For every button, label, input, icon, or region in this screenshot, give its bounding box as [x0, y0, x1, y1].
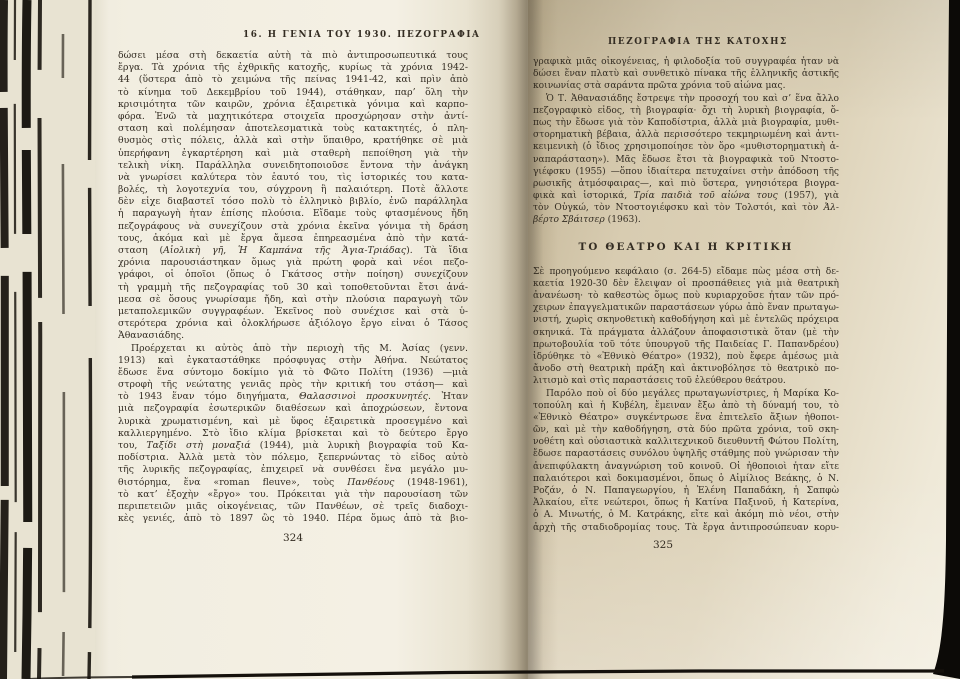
- left-page-text-column: δώσει μέσα στὴ δεκαετία αὐτὴ τὰ πιὸ ἀντι…: [118, 50, 468, 525]
- text-line: ρωσικῆς ἀτμόσφαιρας—, καὶ πιὸ ὕστερα, γν…: [533, 178, 839, 190]
- text-line: Προέρχεται κι αὐτὸς ἀπὸ τὴν περιοχὴ τῆς …: [118, 343, 468, 355]
- text-line: τὸ κατ’ ἐξοχὴν «ἔργο» του. Πρόκειται γιὰ…: [118, 489, 468, 501]
- text-line: λυρικὰ χρωματισμένη, καὶ μὲ ὕφος ἐξαιρετ…: [118, 416, 468, 428]
- text-line: ἄνοδο στὴ θεατρικὴ πράξη καὶ ἀκτινοβόλησ…: [533, 363, 839, 375]
- open-book-photo: 16. Η ΓΕΝΙΑ ΤΟΥ 1930. ΠΕΖΟΓΡΑΦΙΑ δώσει μ…: [0, 0, 960, 679]
- text-line: τελικὴ νίκη. Παράλληλα συνειδητοποιοῦσε …: [118, 160, 468, 172]
- text-line: βολές, τὴ λογοτεχνία του, σύγχρονη ἢ παλ…: [118, 184, 468, 196]
- text-line: πρωτοβουλία τοῦ τότε ὑπουργοῦ τῆς Παιδεί…: [533, 339, 839, 351]
- text-line: ἔργα. Τὰ χρόνια τῆς ἐχθρικῆς κατοχῆς, κυ…: [118, 62, 468, 74]
- left-page: 16. Η ΓΕΝΙΑ ΤΟΥ 1930. ΠΕΖΟΓΡΑΦΙΑ δώσει μ…: [95, 0, 528, 679]
- text-line: σταση καὶ πολέμησαν ἀποτελεσματικὰ τοὺς …: [118, 123, 468, 135]
- text-line: ὑπερήφανη ἐγκαρτέρηση καὶ μιὰ σταθερὴ πε…: [118, 148, 468, 160]
- text-line: ῶν, καὶ μὲ τὴν καθοδήγηση, στὰ δύο πρῶτα…: [533, 424, 839, 436]
- right-page: ΠΕΖΟΓΡΑΦΙΑ ΤΗΣ ΚΑΤΟΧΗΣ γραφικὰ μιᾶς οἰκο…: [528, 0, 950, 679]
- text-line: δώσει ἕναν πλατὺ καὶ συνθετικὸ πίνακα τῆ…: [533, 68, 839, 80]
- text-line: βέρτο Σβάιτσερ (1963).: [533, 214, 839, 226]
- text-line: χρόνια παρουσιάστηκαν ὅμως γιὰ πρώτη φορ…: [118, 257, 468, 269]
- text-line: κὲς γενιές, ἀπὸ τὸ 1897 ὣς τὸ 1940. Πέρα…: [118, 513, 468, 525]
- text-line: τὸ 1943 ἕναν τόμο διηγήματα, Θαλασσινοὶ …: [118, 391, 468, 403]
- text-line: Παρόλο ποὺ οἱ δύο μεγάλες πρωταγωνίστριε…: [533, 388, 839, 400]
- text-line: Σὲ προηγούμενο κεφάλαιο (σ. 264-5) εἴδαμ…: [533, 266, 839, 278]
- text-line: Ροζάν, ὁ Ν. Παπαγεωργίου, ἡ Ἑλένη Παπαδά…: [533, 485, 839, 497]
- text-line: ἡ παραγωγὴ ἦταν ἐπίσης πλούσια. Εἴδαμε τ…: [118, 208, 468, 220]
- text-line: πεζογράφους νὰ συνεχίζουν στὰ χρόνια ἐκε…: [118, 221, 468, 233]
- text-line: στορηματικὴ βέβαια, ἀλλὰ περισσότερο τεκ…: [533, 129, 839, 141]
- text-line: κοινωνίας στὰ σαράντα πρῶτα χρόνια τοῦ α…: [533, 80, 839, 92]
- page-number-left: 324: [118, 532, 468, 544]
- text-line: κρισιμότητα τῶν καιρῶν, χρόνια ἐξαιρετικ…: [118, 99, 468, 111]
- text-line: του, Ταξίδι στὴ μοναξιά (1944), μιὰ λυρι…: [118, 440, 468, 452]
- text-line: χειρων ἐπαγγελματικῶν παραστάσεων γύρω ἀ…: [533, 302, 839, 314]
- text-line: δὲν εἶχε διαβαστεῖ τόσο πολὺ τὸ ἑλληνικὸ…: [118, 196, 468, 208]
- text-line: γραφικὰ μιᾶς οἰκογένειας, ἡ φιλοδοξία το…: [533, 56, 839, 68]
- text-line: τοπούλη καὶ ἡ Κυβέλη, ἔμειναν ἔξω ἀπὸ τὴ…: [533, 400, 839, 412]
- text-line: στροφὴ τῆς νεώτατης γενιᾶς πρὸς τὴν κριτ…: [118, 379, 468, 391]
- text-line: παλαιότεροι καὶ δοκιμασμένοι, ὅπως ὁ Αἰμ…: [533, 473, 839, 485]
- text-line: Ἀλκαίου, εἴτε νεώτεροι, ὅπως ἡ Κατίνα Πα…: [533, 497, 839, 509]
- text-line: ποδίστρια. Ἀλλὰ μετὰ τὸν πόλεμο, ξεπερνώ…: [118, 452, 468, 464]
- page-number-right: 325: [510, 539, 816, 551]
- text-line: νὰ γνωρίσει καλύτερα τὸν ἑαυτό του, τὶς …: [118, 172, 468, 184]
- text-line: τὴ γραμμὴ τῆς πεζογραφίας τοῦ 30 καὶ τοπ…: [118, 282, 468, 294]
- text-line: πως τὴν ἔδωσε γιὰ τὸν Καποδίστρια, ἀλλὰ …: [533, 117, 839, 129]
- right-page-text-column: γραφικὰ μιᾶς οἰκογένειας, ἡ φιλοδοξία το…: [533, 56, 839, 534]
- text-line: ναπαράσταση»). Μᾶς ἔδωσε ἔτσι τὰ βιογραφ…: [533, 154, 839, 166]
- text-line: τὸ κίνημα τοῦ Δεκεμβρίου τοῦ 1944), στάθ…: [118, 87, 468, 99]
- text-line: περιπετειῶν μιᾶς οἰκογένειας, τῶν Πανθέω…: [118, 501, 468, 513]
- text-line: καλλιεργημένο. Στὸ ἴδιο κλίμα βρίσκεται …: [118, 428, 468, 440]
- text-line: Ὁ Τ. Ἀθανασιάδης ἔστρεψε τὴν προσοχή του…: [533, 93, 839, 105]
- text-line: θιστόρημα, ἕνα «roman fleuve», τοὺς Πανθ…: [118, 477, 468, 489]
- right-page-paragraph-block-1: γραφικὰ μιᾶς οἰκογένειας, ἡ φιλοδοξία το…: [533, 56, 839, 227]
- text-line: μεταπολεμικῶν συγγραφέων. Ἐκεῖνος ποὺ συ…: [118, 306, 468, 318]
- text-line: ἔδωσε παραστάσεις συνόλου ὑψηλῆς στάθμης…: [533, 448, 839, 460]
- text-line: μεσα σὲ ὅσους γνωρίσαμε ἤδη, καὶ στὴν πλ…: [118, 294, 468, 306]
- text-line: τους, ἀκόμα καὶ μὲ ἔργα ἄμεσα ἐπηρεασμέν…: [118, 233, 468, 245]
- text-line: στερότερα χρόνια καὶ ὁλοκλήρωσε ἀξιόλογο…: [118, 318, 468, 330]
- text-line: 1913) καὶ ἐγκαταστάθηκε πρόσφυγας στὴν Ἀ…: [118, 355, 468, 367]
- text-line: ἀνανέωση· τὸ καθεστὼς ὅμως ποὺ κυριαρχοῦ…: [533, 290, 839, 302]
- text-line: φικὰ καὶ ἱστορικά, Τρία παιδιὰ τοῦ αἰώνα…: [533, 190, 839, 202]
- text-line: γιέφσκυ (1955) —ὅπου ἰδιαίτερα πετυχαίνε…: [533, 166, 839, 178]
- text-line: θυσμὸς στὶς πόλεις, ἀλλὰ καὶ στὴν ὕπαιθρ…: [118, 135, 468, 147]
- section-heading: ΤΟ ΘΕΑΤΡΟ ΚΑΙ Η ΚΡΙΤΙΚΗ: [533, 241, 839, 253]
- text-line: δώσει μέσα στὴ δεκαετία αὐτὴ τὰ πιὸ ἀντι…: [118, 50, 468, 62]
- text-line: φόρα. Ἐνῶ τὰ μαχητικότερα στοιχεῖα προσχ…: [118, 111, 468, 123]
- text-line: ἱδρύθηκε τὸ «Ἐθνικὸ Θέατρο» (1932), ποὺ …: [533, 351, 839, 363]
- text-line: τῆς λυρικῆς πεζογραφίας, ἐπιχειρεῖ νὰ συ…: [118, 464, 468, 476]
- text-line: καετία 1920-30 δὲν ἔλειψαν οἱ προσπάθειε…: [533, 278, 839, 290]
- text-line: ἀνεπιφύλακτη ἀναγνώριση τοῦ κοινοῦ. Οἱ ἠ…: [533, 461, 839, 473]
- text-line: σκηνικά. Τὰ πράγματα ἀλλάζουν ἀποφασιστι…: [533, 327, 839, 339]
- text-line: «Ἐθνικὸ Θέατρο» συγκέντρωσε ἕνα ἐπιτελεῖ…: [533, 412, 839, 424]
- text-line: μιὰ πεζογραφία ἐσωτερικῶν διαθέσεων καὶ …: [118, 403, 468, 415]
- right-page-paragraph-block-2: Σὲ προηγούμενο κεφάλαιο (σ. 264-5) εἴδαμ…: [533, 266, 839, 534]
- text-line: ἀρχὴ τῆς σταδιοδρομίας τους. Τὰ ἔργα ἀντ…: [533, 522, 839, 534]
- text-line: νοθέτη καὶ οὐσιαστικὰ καλλιτεχνικοῦ διευ…: [533, 436, 839, 448]
- text-line: κειμενικὴ (ὁ ἴδιος χρησιμοποίησε τὸν ὅρο…: [533, 141, 839, 153]
- text-line: σταση (Αἰολικὴ γῆ, Ἡ Καμπάνα τῆς Ἁγια-Τρ…: [118, 245, 468, 257]
- text-line: νιστή, χωρὶς σκηνοθετικὴ καθοδήγηση καὶ …: [533, 314, 839, 326]
- running-header-right: ΠΕΖΟΓΡΑΦΙΑ ΤΗΣ ΚΑΤΟΧΗΣ: [608, 37, 788, 47]
- text-line: 44 (ὕστερα ἀπὸ τὸ χειμώνα τῆς πείνας 194…: [118, 74, 468, 86]
- text-line: λιτισμὸ καὶ στὶς παραστάσεις τοῦ ἐλεύθερ…: [533, 375, 839, 387]
- running-header-left: 16. Η ΓΕΝΙΑ ΤΟΥ 1930. ΠΕΖΟΓΡΑΦΙΑ: [243, 30, 480, 40]
- text-line: ἔδωσε ἕνα σύντομο δοκίμιο γιὰ τὸ Φῶτο Πο…: [118, 367, 468, 379]
- text-line: ὁ Α. Μινωτής, ὁ Μ. Κατράκης, εἴτε καὶ ἀκ…: [533, 509, 839, 521]
- text-line: Ἀθανασιάδης.: [118, 330, 468, 342]
- text-line: τὸν Οὑγκώ, τὸν Ντοστογιέφσκυ καὶ τὸν Τολ…: [533, 202, 839, 214]
- text-line: πεζογραφικὸ εἶδος, τὴ βιογραφία· ὄχι τὴ …: [533, 105, 839, 117]
- text-line: γράφοι, οἱ ὁποῖοι (ὅπως ὁ Γκάτσος στὴν π…: [118, 269, 468, 281]
